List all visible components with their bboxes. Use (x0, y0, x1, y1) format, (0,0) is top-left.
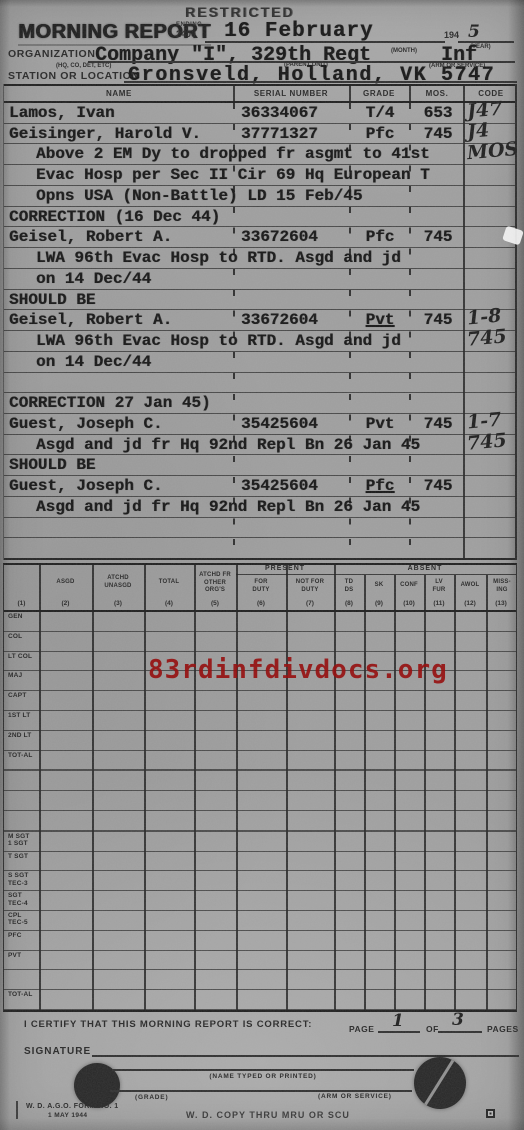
organization-label: ORGANIZATION (8, 48, 96, 60)
header-divider (233, 84, 235, 103)
roster-header-code: CODE (465, 89, 517, 98)
roster-row: Geisel, Robert A. 33672604 Pfc 745 (4, 227, 515, 248)
roster-remark: on 14 Dec/44 (36, 271, 151, 288)
hole-punch-right (414, 1057, 466, 1109)
roster-header-row: NAME SERIAL NUMBER GRADE MOS. CODE (4, 84, 515, 103)
roster-row: CORRECTION (16 Dec 44) (4, 207, 515, 228)
roster-row: Evac Hosp per Sec II Cir 69 Hq European … (4, 165, 515, 186)
header-divider (409, 84, 411, 103)
name-line (112, 1069, 414, 1071)
month-label: (MONTH) (391, 48, 417, 54)
roster-name: Geisinger, Harold V. (9, 126, 201, 143)
page-label: PAGE (349, 1024, 374, 1034)
rank-label: S SGT TEC-3 (8, 872, 34, 887)
roster-mos: 745 (413, 126, 463, 143)
strength-row: TOT-AL (4, 990, 516, 1010)
year-printed: 194 (444, 30, 459, 40)
strength-row-blank (4, 771, 516, 791)
roster-code-handwritten: 745 (466, 429, 507, 454)
page-value-handwritten: 1 (392, 1011, 404, 1031)
roster-grade: Pfc (349, 229, 411, 246)
roster-row: SHOULD BE (4, 455, 515, 476)
rank-label: CAPT (8, 692, 34, 699)
roster-section-heading: SHOULD BE (9, 292, 95, 309)
roster-remark: Opns USA (Non-Battle) LD 15 Feb/45 (36, 188, 362, 205)
rank-label: PVT (8, 952, 34, 959)
roster-section-heading: CORRECTION (16 Dec 44) (9, 209, 220, 226)
roster-grade: Pvt (349, 312, 411, 329)
roster-remark: LWA 96th Evac Hosp to RTD. Asgd and jd (36, 333, 401, 350)
roster-serial: 33672604 (241, 312, 318, 329)
rank-label: T SGT (8, 853, 34, 860)
pages-underline (438, 1031, 482, 1033)
roster-row: Lamos, Ivan 36334067 T/4 653 J47 (4, 103, 515, 124)
roster-row: LWA 96th Evac Hosp to RTD. Asgd and jd 7… (4, 331, 515, 352)
col-num: (2) (39, 600, 92, 607)
col-label-awol: AWOL (454, 582, 486, 590)
roster-row: Above 2 EM Dy to dropped fr asgmt to 41s… (4, 144, 515, 165)
roster-row: Guest, Joseph C. 35425604 Pvt 745 1-7 (4, 414, 515, 435)
rank-label: 1ST LT (8, 712, 34, 719)
date-underline (205, 41, 445, 43)
signature-label: SIGNATURE (24, 1046, 91, 1057)
roster-row: CORRECTION 27 Jan 45) (4, 393, 515, 414)
roster-remark: Asgd and jd fr Hq 92nd Repl Bn 26 Jan 45 (36, 437, 420, 454)
strength-row: 1ST LT (4, 711, 516, 731)
roster-mos: 745 (413, 312, 463, 329)
station-underline (124, 81, 517, 83)
strength-header: PRESENT ABSENT ASGD ATCHD UNASGD TOTAL A… (4, 565, 516, 612)
strength-table: PRESENT ABSENT ASGD ATCHD UNASGD TOTAL A… (3, 563, 517, 1012)
rank-label: SGT TEC-4 (8, 892, 34, 907)
roster-remark: Asgd and jd fr Hq 92nd Repl Bn 26 Jan 45 (36, 499, 420, 516)
col-label-sk: SK (364, 582, 394, 590)
form-number: W. D. A.G.O. FORM NO. 1 (26, 1103, 119, 1110)
roster-serial: 37771327 (241, 126, 318, 143)
col-label-not-for-duty: NOT FOR DUTY (292, 579, 328, 594)
strength-row-blank (4, 811, 516, 832)
classification-stamp: RESTRICTED (185, 4, 294, 20)
roster-row: Asgd and jd fr Hq 92nd Repl Bn 26 Jan 45… (4, 435, 515, 456)
roster-row: LWA 96th Evac Hosp to RTD. Asgd and jd (4, 248, 515, 269)
col-num: (10) (394, 600, 424, 607)
roster-header-serial: SERIAL NUMBER (236, 89, 346, 98)
roster-remark: on 14 Dec/44 (36, 354, 151, 371)
strength-row-blank (4, 791, 516, 811)
roster-name: Geisel, Robert A. (9, 312, 172, 329)
roster-name: Geisel, Robert A. (9, 229, 172, 246)
roster-code-handwritten: J4 (466, 119, 490, 143)
roster-mos: 745 (413, 229, 463, 246)
roster-serial: 36334067 (241, 105, 318, 122)
strength-row: S SGT TEC-3 (4, 871, 516, 891)
col-label-for-duty: FOR DUTY (248, 579, 274, 594)
rank-label: M SGT 1 SGT (8, 833, 34, 848)
strength-row: TOT-AL (4, 751, 516, 772)
form-date: 1 MAY 1944 (48, 1112, 87, 1119)
absent-group-label: ABSENT (334, 565, 516, 575)
roster-section-heading: CORRECTION 27 Jan 45) (9, 395, 211, 412)
year-underline (458, 41, 514, 43)
strength-row: PVT (4, 951, 516, 971)
roster-grade: Pfc (349, 478, 411, 495)
roster-row-blank (4, 518, 515, 539)
page-underline (378, 1031, 420, 1033)
rank-label: 2ND LT (8, 732, 34, 739)
present-group-label: PRESENT (236, 565, 334, 575)
grade-line-label: (GRADE) (135, 1094, 168, 1101)
roster-header-grade: GRADE (349, 89, 409, 98)
rank-label: GEN (8, 613, 34, 620)
pages-label: PAGES (487, 1024, 519, 1034)
col-label-total: TOTAL (144, 579, 194, 587)
col-label-atchd-unasgd: ATCHD UNASGD (100, 575, 136, 590)
roster-serial: 33672604 (241, 229, 318, 246)
roster-row: Geisinger, Harold V. 37771327 Pfc 745 J4 (4, 124, 515, 145)
roster-header-mos: MOS. (411, 89, 463, 98)
pages-value-handwritten: 3 (452, 1010, 464, 1030)
name-line-label: (NAME TYPED OR PRINTED) (113, 1073, 413, 1080)
rank-label: PFC (8, 932, 34, 939)
col-num: (4) (144, 600, 194, 607)
arm-line-label: (ARM OR SERVICE) (318, 1093, 392, 1100)
col-label-missing: MISS-ING (493, 579, 511, 594)
strength-row: PFC (4, 931, 516, 951)
roster-body: Lamos, Ivan 36334067 T/4 653 J47 Geising… (4, 103, 515, 560)
rank-label: COL (8, 633, 34, 640)
year-written: 5 (468, 22, 480, 42)
roster-row: Geisel, Robert A. 33672604 Pvt 745 1-8 (4, 310, 515, 331)
copy-note: W. D. COPY THRU MRU OR SCU (186, 1110, 350, 1120)
col-num: (12) (454, 600, 486, 607)
col-num: (5) (194, 600, 236, 607)
rank-label: MAJ (8, 672, 34, 679)
col-num: (9) (364, 600, 394, 607)
roster-remark: Above 2 EM Dy to dropped fr asgmt to 41s… (36, 146, 430, 163)
roster-mos: 653 (413, 105, 463, 122)
roster-row-blank (4, 538, 515, 560)
rank-label: TOT-AL (8, 991, 34, 998)
roster-row: Guest, Joseph C. 35425604 Pfc 745 (4, 476, 515, 497)
roster-name: Guest, Joseph C. (9, 416, 163, 433)
col-label-conf: CONF (394, 582, 424, 590)
roster-name: Guest, Joseph C. (9, 478, 163, 495)
roster-mos: 745 (413, 416, 463, 433)
rank-label: LT COL (8, 653, 34, 660)
col-num: (8) (334, 600, 364, 607)
station-label: STATION OR LOCATION (8, 70, 140, 82)
col-num: (6) (236, 600, 286, 607)
col-label-td-ds: TD DS (342, 579, 356, 594)
roster-row: Asgd and jd fr Hq 92nd Repl Bn 26 Jan 45 (4, 497, 515, 518)
strength-row: GEN (4, 612, 516, 632)
roster-grade: Pfc (349, 126, 411, 143)
roster-name: Lamos, Ivan (9, 105, 115, 122)
grade-arm-line (110, 1090, 412, 1092)
col-label-atchd-fr-other: ATCHD FR OTHER ORG'S (198, 572, 232, 595)
col-num: (13) (486, 600, 516, 607)
roster-section-heading: SHOULD BE (9, 457, 95, 474)
roster-row: on 14 Dec/44 (4, 352, 515, 373)
strength-row: CAPT (4, 691, 516, 711)
strength-row: 2ND LT (4, 731, 516, 751)
strength-row: M SGT 1 SGT (4, 832, 516, 852)
roster-header-name: NAME (44, 89, 194, 98)
margin-tick (16, 1101, 18, 1119)
col-label-asgd: ASGD (39, 579, 92, 587)
registration-square (486, 1109, 495, 1118)
strength-row-blank (4, 970, 516, 990)
roster-remark: LWA 96th Evac Hosp to RTD. Asgd and jd (36, 250, 401, 267)
ending-label: ENDING (176, 22, 202, 28)
roster-grade: T/4 (349, 105, 411, 122)
rank-label: TOT-AL (8, 752, 34, 759)
watermark-text: 83rdinfdivdocs.org (148, 655, 448, 685)
roster-row: Opns USA (Non-Battle) LD 15 Feb/45 (4, 186, 515, 207)
roster-code-handwritten: MOS (466, 138, 519, 164)
col-num: (11) (424, 600, 454, 607)
roster-serial: 35425604 (241, 478, 318, 495)
roster-row: SHOULD BE (4, 290, 515, 311)
report-date-value: 16 February (224, 20, 374, 43)
morning-report-document: RESTRICTED MORNING REPORT ENDING 2400 16… (0, 0, 524, 1130)
roster-serial: 35425604 (241, 416, 318, 433)
roster-grade: Pvt (349, 416, 411, 433)
col-num: (1) (4, 600, 39, 607)
header-divider (349, 84, 351, 103)
col-num: (7) (286, 600, 334, 607)
org-sub-label: (HQ, CO, DET, ETC) (56, 63, 111, 69)
col-label-lv-fur: LV FUR (431, 579, 447, 594)
roster-remark: Evac Hosp per Sec II Cir 69 Hq European … (36, 167, 430, 184)
roster-code-handwritten: 745 (466, 325, 507, 350)
hole-punch-slash (423, 1057, 456, 1107)
ending-value: 2400 (176, 29, 196, 39)
roster-table: NAME SERIAL NUMBER GRADE MOS. CODE Lamos… (3, 84, 517, 560)
rank-label: CPL TEC-5 (8, 912, 34, 927)
strength-row: SGT TEC-4 (4, 891, 516, 911)
strength-row: COL (4, 632, 516, 652)
of-label: OF (426, 1024, 439, 1034)
strength-row: CPL TEC-5 (4, 911, 516, 931)
roster-row: on 14 Dec/44 (4, 269, 515, 290)
certify-statement: I CERTIFY THAT THIS MORNING REPORT IS CO… (24, 1019, 312, 1030)
strength-row: T SGT (4, 852, 516, 872)
roster-row-blank (4, 373, 515, 394)
roster-mos: 745 (413, 478, 463, 495)
col-num: (3) (92, 600, 144, 607)
